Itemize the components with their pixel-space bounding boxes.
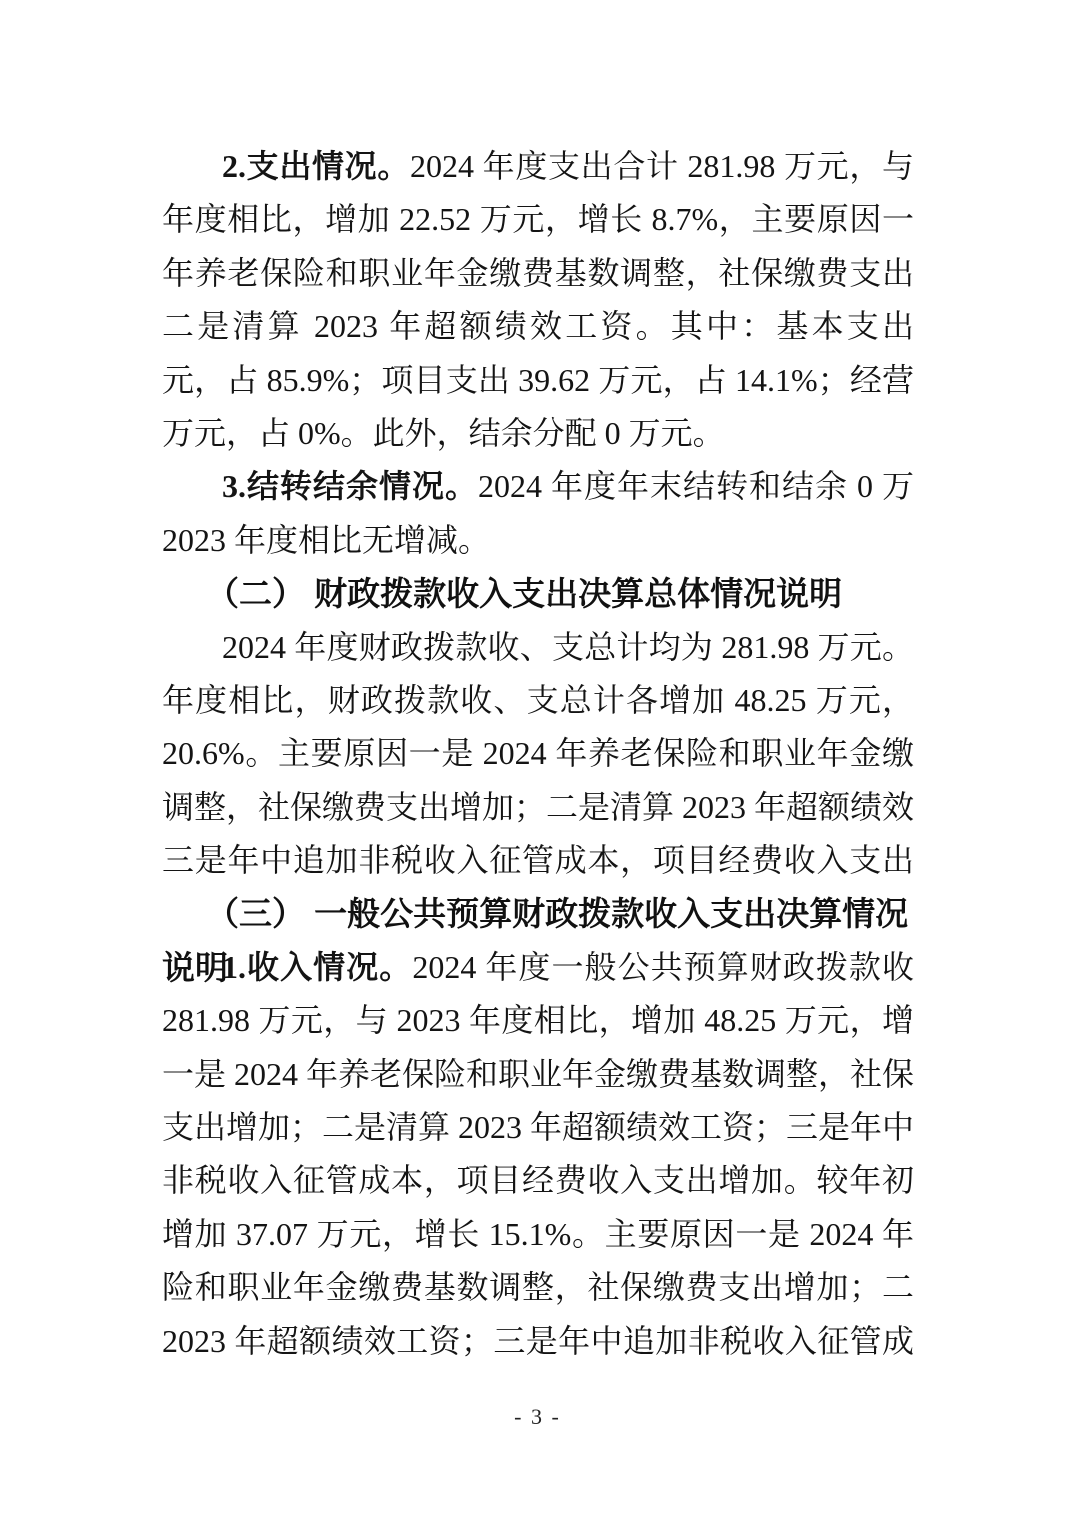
section-heading-fiscal-total: （二） 财政拨款收入支出决算总体情况说明 xyxy=(162,567,914,620)
expenditure-bold-label: 2.支出情况。 xyxy=(222,148,410,184)
income-para-line-8: 2023 年超额绩效工资；三是年中追加非税收入征管成本，项 xyxy=(162,1315,914,1368)
income-para-line-2: 281.98 万元，与 2023 年度相比，增加 48.25 万元，增长 20.… xyxy=(162,994,914,1047)
section-heading-general-budget: （三） 一般公共预算财政拨款收入支出决算情况说明 xyxy=(162,887,914,940)
carryover-bold-label: 3.结转结余情况。 xyxy=(222,468,478,504)
income-para-line-6: 增加 37.07 万元，增长 15.1%。主要原因一是 2024 年养老保 xyxy=(162,1208,914,1261)
carryover-para-line-1: 3.结转结余情况。2024 年度年末结转和结余 0 万元，与 xyxy=(162,460,914,513)
expenditure-para-line-5: 元，占 85.9%；项目支出 39.62 万元，占 14.1%；经营支出 0 xyxy=(162,354,914,407)
page-footer: - 3 - xyxy=(0,1402,1075,1432)
income-para-line-7: 险和职业年金缴费基数调整，社保缴费支出增加；二是清算 xyxy=(162,1261,914,1314)
page-number: - 3 - xyxy=(514,1404,561,1429)
document-body: 2.支出情况。2024 年度支出合计 281.98 万元，与 2023 年度相比… xyxy=(162,140,914,1368)
expenditure-para-line-1: 2.支出情况。2024 年度支出合计 281.98 万元，与 2023 xyxy=(162,140,914,193)
income-para-line-4: 支出增加；二是清算 2023 年超额绩效工资；三是年中追加 xyxy=(162,1101,914,1154)
expenditure-para-line-4: 二是清算 2023 年超额绩效工资。其中：基本支出 242.36 万 xyxy=(162,300,914,353)
income-para-line-5: 非税收入征管成本，项目经费收入支出增加。较年初预算数 xyxy=(162,1154,914,1207)
income-para-line-3: 一是 2024 年养老保险和职业年金缴费基数调整，社保缴费 xyxy=(162,1048,914,1101)
income-bold-label: 1.收入情况。 xyxy=(222,949,412,985)
carryover-para-line-2: 2023 年度相比无增减。 xyxy=(162,514,914,567)
fiscal-total-para-line-3: 20.6%。主要原因一是 2024 年养老保险和职业年金缴费基数 xyxy=(162,727,914,780)
fiscal-total-para-line-4: 调整，社保缴费支出增加；二是清算 2023 年超额绩效工资； xyxy=(162,781,914,834)
document-page: 2.支出情况。2024 年度支出合计 281.98 万元，与 2023 年度相比… xyxy=(0,0,1075,1520)
expenditure-para-line-6: 万元，占 0%。此外，结余分配 0 万元。 xyxy=(162,407,914,460)
fiscal-total-para-line-1: 2024 年度财政拨款收、支总计均为 281.98 万元。与 2023 xyxy=(162,621,914,674)
fiscal-total-para-line-2: 年度相比，财政拨款收、支总计各增加 48.25 万元，增长 xyxy=(162,674,914,727)
fiscal-total-para-line-5: 三是年中追加非税收入征管成本，项目经费收入支出增加。 xyxy=(162,834,914,887)
income-para-line-1: 1.收入情况。2024 年度一般公共预算财政拨款收入 xyxy=(162,941,914,994)
expenditure-para-line-3: 年养老保险和职业年金缴费基数调整，社保缴费支出增加； xyxy=(162,247,914,300)
expenditure-para-line-2: 年度相比，增加 22.52 万元，增长 8.7%，主要原因一是 2024 xyxy=(162,193,914,246)
